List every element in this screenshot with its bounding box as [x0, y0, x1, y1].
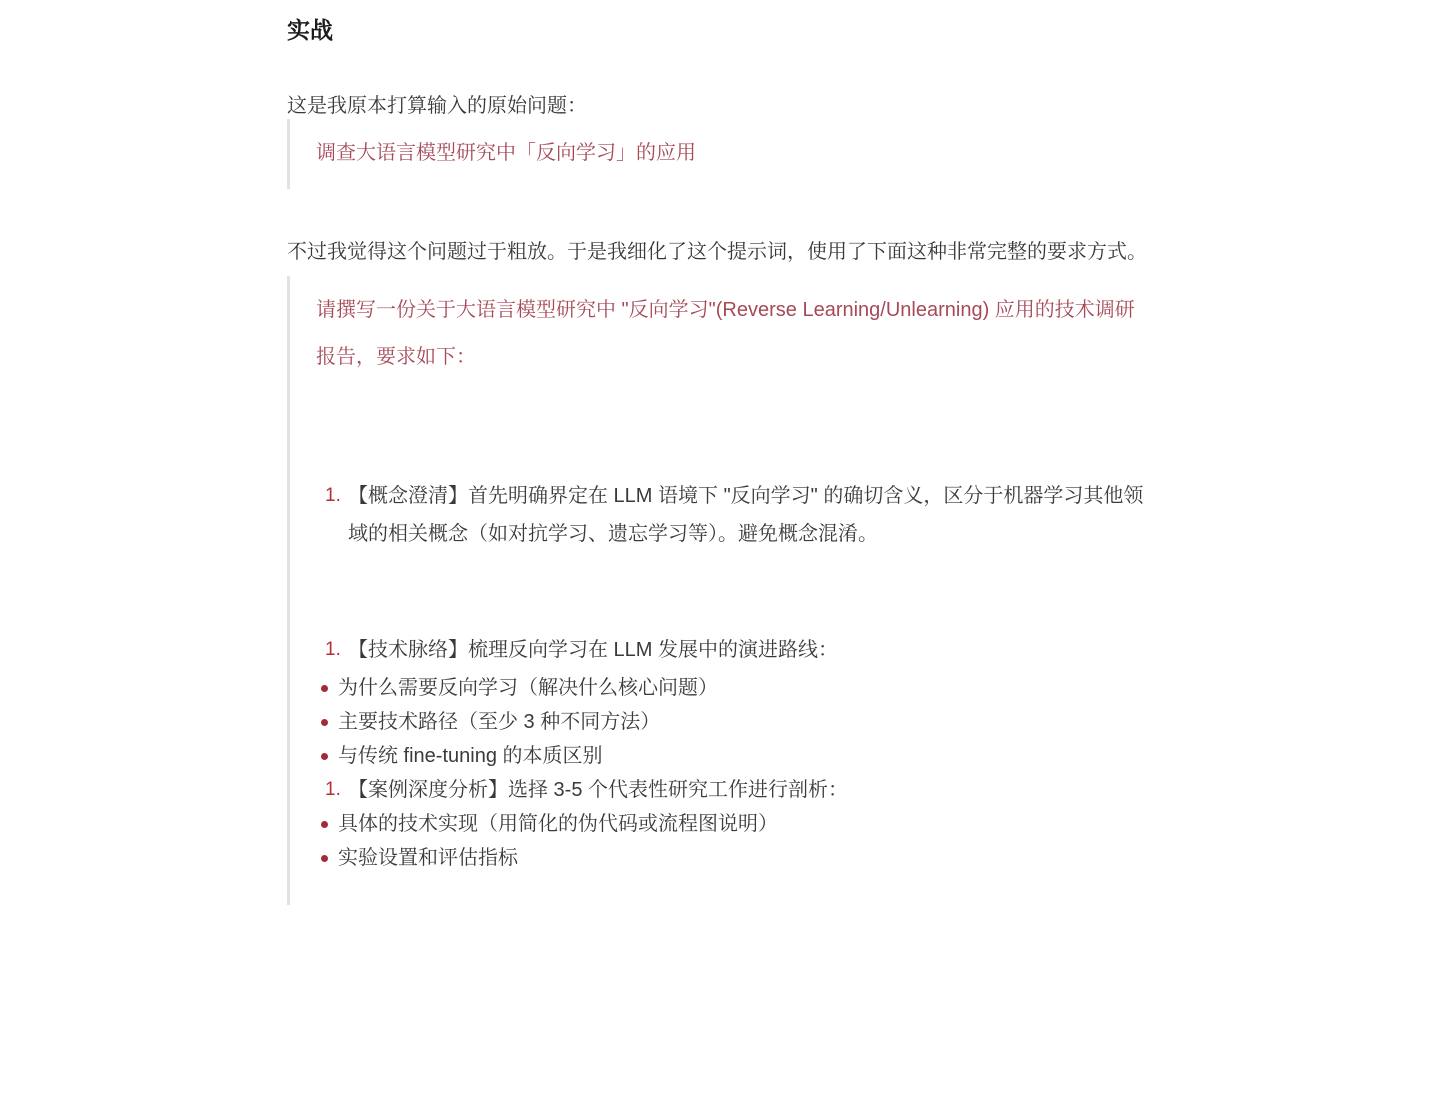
quote-refined-prompt-intro: 请撰写一份关于大语言模型研究中 "反向学习"(Reverse Learning/…	[287, 276, 1153, 393]
quote-bullet-main-approaches: 主要技术路径（至少 3 种不同方法）	[287, 705, 1153, 739]
quote-list-item-case-analysis: 1. 【案例深度分析】选择 3-5 个代表性研究工作进行剖析：	[287, 773, 1153, 807]
quote-text: 调查大语言模型研究中「反向学习」的应用	[316, 142, 696, 164]
ordered-list-number: 1.	[325, 631, 348, 669]
quote-empty-spacer	[290, 559, 1153, 631]
bullet-dot-icon	[321, 719, 328, 726]
list-item-text: 实验设置和评估指标	[338, 845, 518, 871]
quote-continuation-stub	[287, 875, 1153, 905]
bullet-dot-icon	[321, 685, 328, 692]
intro-paragraph: 这是我原本打算输入的原始问题：	[287, 93, 1153, 119]
ordered-list-number: 1.	[325, 477, 348, 515]
ordered-list-number: 1.	[325, 777, 348, 803]
list-item-text: 【概念澄清】首先明确界定在 LLM 语境下 "反向学习" 的确切含义，区分于机器…	[348, 477, 1153, 553]
quote-text: 请撰写一份关于大语言模型研究中 "反向学习"(Reverse Learning/…	[316, 299, 1135, 368]
list-item-text: 与传统 fine-tuning 的本质区别	[338, 743, 603, 769]
quote-list-item-concept-clarification: 1. 【概念澄清】首先明确界定在 LLM 语境下 "反向学习" 的确切含义，区分…	[287, 393, 1153, 559]
quote-bullet-finetuning-difference: 与传统 fine-tuning 的本质区别	[287, 739, 1153, 773]
list-item-text: 【技术脉络】梳理反向学习在 LLM 发展中的演进路线：	[348, 631, 838, 669]
quote-list-item-technical-context: 1. 【技术脉络】梳理反向学习在 LLM 发展中的演进路线：	[287, 559, 1153, 671]
bullet-dot-icon	[321, 753, 328, 760]
quote-empty-spacer	[290, 393, 1153, 477]
list-item-text: 具体的技术实现（用简化的伪代码或流程图说明）	[338, 811, 778, 837]
section-heading: 实战	[287, 0, 1153, 46]
list-item-text: 为什么需要反向学习（解决什么核心问题）	[338, 675, 718, 701]
quote-bullet-experiment-metrics: 实验设置和评估指标	[287, 841, 1153, 875]
article-body: 实战 这是我原本打算输入的原始问题： 调查大语言模型研究中「反向学习」的应用 不…	[287, 0, 1153, 905]
bullet-dot-icon	[321, 855, 328, 862]
refinement-paragraph: 不过我觉得这个问题过于粗放。于是我细化了这个提示词，使用了下面这种非常完整的要求…	[287, 229, 1153, 276]
quote-bullet-technical-implementation: 具体的技术实现（用简化的伪代码或流程图说明）	[287, 807, 1153, 841]
quote-bullet-why-needed: 为什么需要反向学习（解决什么核心问题）	[287, 671, 1153, 705]
quote-original-question: 调查大语言模型研究中「反向学习」的应用	[287, 119, 1153, 189]
bullet-dot-icon	[321, 821, 328, 828]
list-item-text: 【案例深度分析】选择 3-5 个代表性研究工作进行剖析：	[348, 777, 848, 803]
list-item-text: 主要技术路径（至少 3 种不同方法）	[338, 709, 660, 735]
